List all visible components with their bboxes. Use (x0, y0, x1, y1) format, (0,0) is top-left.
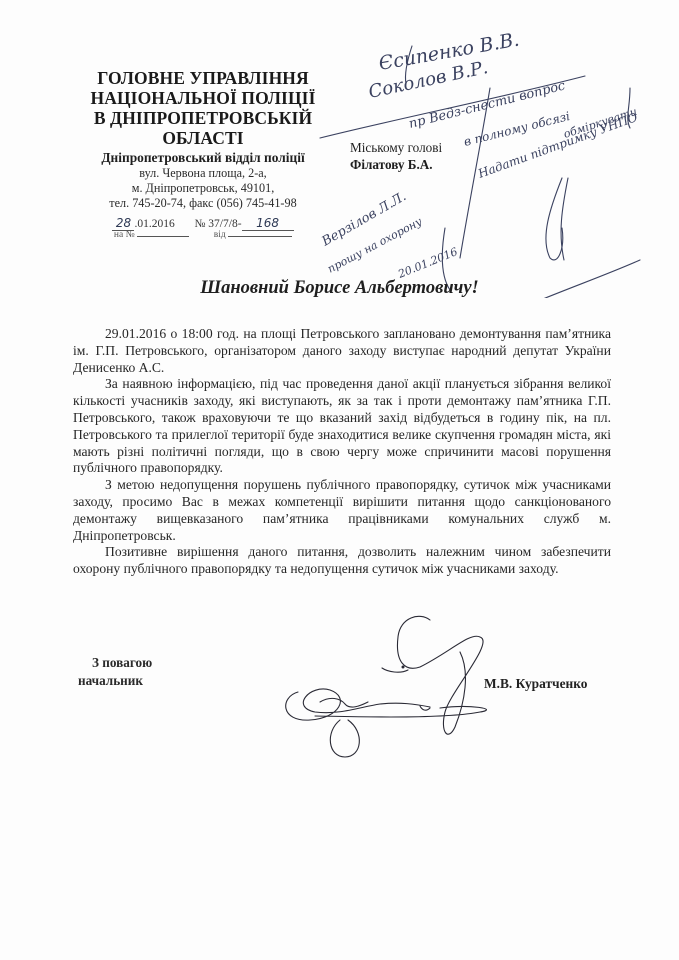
svg-text:20.01.2016: 20.01.2016 (395, 245, 459, 281)
paragraph-1: 29.01.2016 о 18:00 год. на площі Петровс… (73, 326, 611, 376)
svg-text:пр Ведз-снести вопрос: пр Ведз-снести вопрос (407, 78, 567, 132)
address-street: вул. Червона площа, 2-а, (78, 166, 328, 181)
closing-position: начальник (78, 672, 152, 690)
paragraph-4: Позитивне вирішення даного питання, дозв… (73, 544, 611, 578)
date-day-handwritten: 28 (116, 216, 131, 230)
closing-regards: З повагою (78, 654, 152, 672)
letter-body: 29.01.2016 о 18:00 год. на площі Петровс… (73, 326, 611, 578)
addressee-name: Філатову Б.А. (350, 156, 442, 173)
contacts: тел. 745-20-74, факс (056) 745-41-98 (78, 196, 328, 211)
addressee: Міському голові Філатову Б.А. (350, 139, 442, 173)
letter-page: ГОЛОВНЕ УПРАВЛІННЯ НАЦІОНАЛЬНОЇ ПОЛІЦІЇ … (0, 0, 679, 960)
svg-text:Єсипенко В.В.: Єсипенко В.В. (377, 29, 521, 75)
svg-text:в полному обсязі: в полному обсязі (462, 109, 571, 149)
from-label: від (214, 230, 226, 240)
svg-text:Надати підтримку УНПО: Надати підтримку УНПО (475, 110, 639, 181)
department-name: Дніпропетровський відділ поліції (78, 149, 328, 166)
signature-icon (270, 612, 510, 762)
registration-line: 28 .01.2016 № 37/7/8- 168 (78, 216, 328, 231)
addressee-title: Міському голові (350, 139, 442, 156)
outgoing-number: № 37/7/8- (194, 218, 241, 230)
org-name-line-4: ОБЛАСТІ (78, 128, 328, 148)
org-name-line-3: В ДНІПРОПЕТРОВСЬКІЙ (78, 108, 328, 128)
outgoing-number-handwritten: 168 (256, 216, 279, 230)
paragraph-2: За наявною інформацією, під час проведен… (73, 376, 611, 477)
org-name-line-1: ГОЛОВНЕ УПРАВЛІННЯ (78, 68, 328, 88)
svg-text:Верзілов Л.Л.: Верзілов Л.Л. (319, 189, 409, 250)
paragraph-3: З метою недопущення порушень публічного … (73, 477, 611, 544)
salutation: Шановний Борисе Альбертовичу! (0, 278, 679, 299)
signer-name: М.В. Куратченко (484, 676, 588, 692)
org-name-line-2: НАЦІОНАЛЬНОЇ ПОЛІЦІЇ (78, 88, 328, 108)
closing: З повагою начальник (78, 654, 152, 690)
from-blank (228, 236, 292, 237)
letterhead: ГОЛОВНЕ УПРАВЛІННЯ НАЦІОНАЛЬНОЇ ПОЛІЦІЇ … (78, 68, 328, 211)
address-city: м. Дніпропетровськ, 49101, (78, 181, 328, 196)
svg-text:обміркувати: обміркувати (562, 105, 639, 141)
date-printed: .01.2016 (134, 218, 174, 230)
in-reply-label: на № (114, 230, 135, 240)
reply-reference-line: на № від (78, 230, 328, 240)
svg-text:Соколов В.Р.: Соколов В.Р. (367, 57, 490, 103)
in-reply-blank (137, 236, 189, 237)
svg-text:прошу на охорону: прошу на охорону (325, 215, 424, 276)
